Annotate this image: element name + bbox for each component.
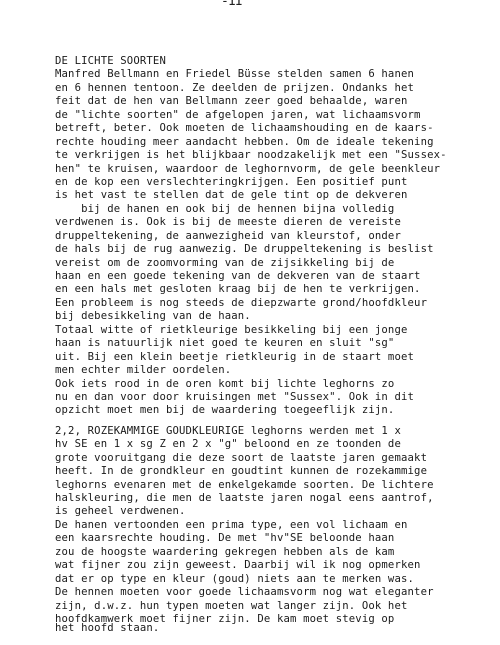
text-line: is geheel verdwenen.	[55, 505, 495, 518]
text-line: heeft. In de grondkleur en goudtint kunn…	[55, 465, 495, 478]
text-line: dat er op type en kleur (goud) niets aan…	[55, 573, 495, 586]
text-line: De hanen vertoonden een prima type, een …	[55, 519, 495, 532]
text-line: bij de hanen en ook bij de hennen bijna …	[55, 203, 495, 216]
text-line: men echter milder oordelen.	[55, 364, 495, 377]
text-line: Een probleem is nog steeds de diepzwarte…	[55, 297, 495, 310]
text-line: uit. Bij een klein beetje rietkleurig in…	[55, 351, 495, 364]
text-line: en een hals met gesloten kraag bij de he…	[55, 283, 495, 296]
text-line: en de kop een verslechteringkrijgen. Een…	[55, 176, 495, 189]
text-line: haan is natuurlijk niet goed te keuren e…	[55, 337, 495, 350]
text-line: opzicht moet men bij de waardering toege…	[55, 404, 495, 417]
text-line: is het vast te stellen dat de gele tint …	[55, 189, 495, 202]
section-rozekammige-goudkleurige: 2,2, ROZEKAMMIGE GOUDKLEURIGE leghorns w…	[55, 425, 495, 636]
text-line: bij debesikkeling van de haan.	[55, 310, 495, 323]
text-line: de hals bij de rug aanwezig. De druppelt…	[55, 243, 495, 256]
text-line: De hennen moeten voor goede lichaamsvorm…	[55, 586, 495, 599]
text-line: hoofdkamwerk moet fijner zijn. De kam mo…	[55, 613, 495, 622]
section-lichte-soorten: Manfred Bellmann en Friedel Büsse stelde…	[55, 68, 495, 417]
text-line: en 6 hennen tentoon. Ze deelden de prijz…	[55, 82, 495, 95]
document-body: DE LICHTE SOORTEN Manfred Bellmann en Fr…	[55, 55, 495, 635]
text-line: zijn, d.w.z. hun typen moeten wat langer…	[55, 600, 495, 613]
text-line: leghorns evenaren met de enkelgekamde so…	[55, 479, 495, 492]
text-line: feit dat de hen van Bellmann zeer goed b…	[55, 95, 495, 108]
text-line: Manfred Bellmann en Friedel Büsse stelde…	[55, 68, 495, 81]
text-line: nu en dan voor door kruisingen met "Suss…	[55, 391, 495, 404]
text-line: halskleuring, die men de laatste jaren n…	[55, 492, 495, 505]
text-line: betreft, beter. Ook moeten de lichaamsho…	[55, 122, 495, 135]
text-line: 2,2, ROZEKAMMIGE GOUDKLEURIGE leghorns w…	[55, 425, 495, 438]
text-line: verdwenen is. Ook is bij de meeste diere…	[55, 216, 495, 229]
text-line: de "lichte soorten" de afgelopen jaren, …	[55, 109, 495, 122]
text-line: hv SE en 1 x sg Z en 2 x "g" beloond en …	[55, 438, 495, 451]
text-line: te verkrijgen is het blijkbaar noodzakel…	[55, 149, 495, 162]
text-line: druppeltekening, de aanwezigheid van kle…	[55, 230, 495, 243]
section-heading: DE LICHTE SOORTEN	[55, 55, 495, 68]
text-line: hen" te kruisen, waardoor de leghornvorm…	[55, 163, 495, 176]
text-line: zou de hoogste waardering gekregen hebbe…	[55, 546, 495, 559]
page-number: -11	[221, 0, 241, 9]
paragraph-gap	[55, 418, 495, 425]
text-line: vereist om de zoomvorming van de zijsikk…	[55, 257, 495, 270]
text-line: wat fijner zou zijn geweest. Daarbij wil…	[55, 559, 495, 572]
text-line: Ook iets rood in de oren komt bij lichte…	[55, 378, 495, 391]
text-line: Totaal witte of rietkleurige besikkeling…	[55, 324, 495, 337]
text-line: haan en een goede tekening van de dekver…	[55, 270, 495, 283]
text-line: grote vooruitgang die deze soort de laat…	[55, 452, 495, 465]
text-line: een kaarsrechte houding. De met "hv"SE b…	[55, 532, 495, 545]
text-line: rechte houding meer aandacht hebben. Om …	[55, 136, 495, 149]
